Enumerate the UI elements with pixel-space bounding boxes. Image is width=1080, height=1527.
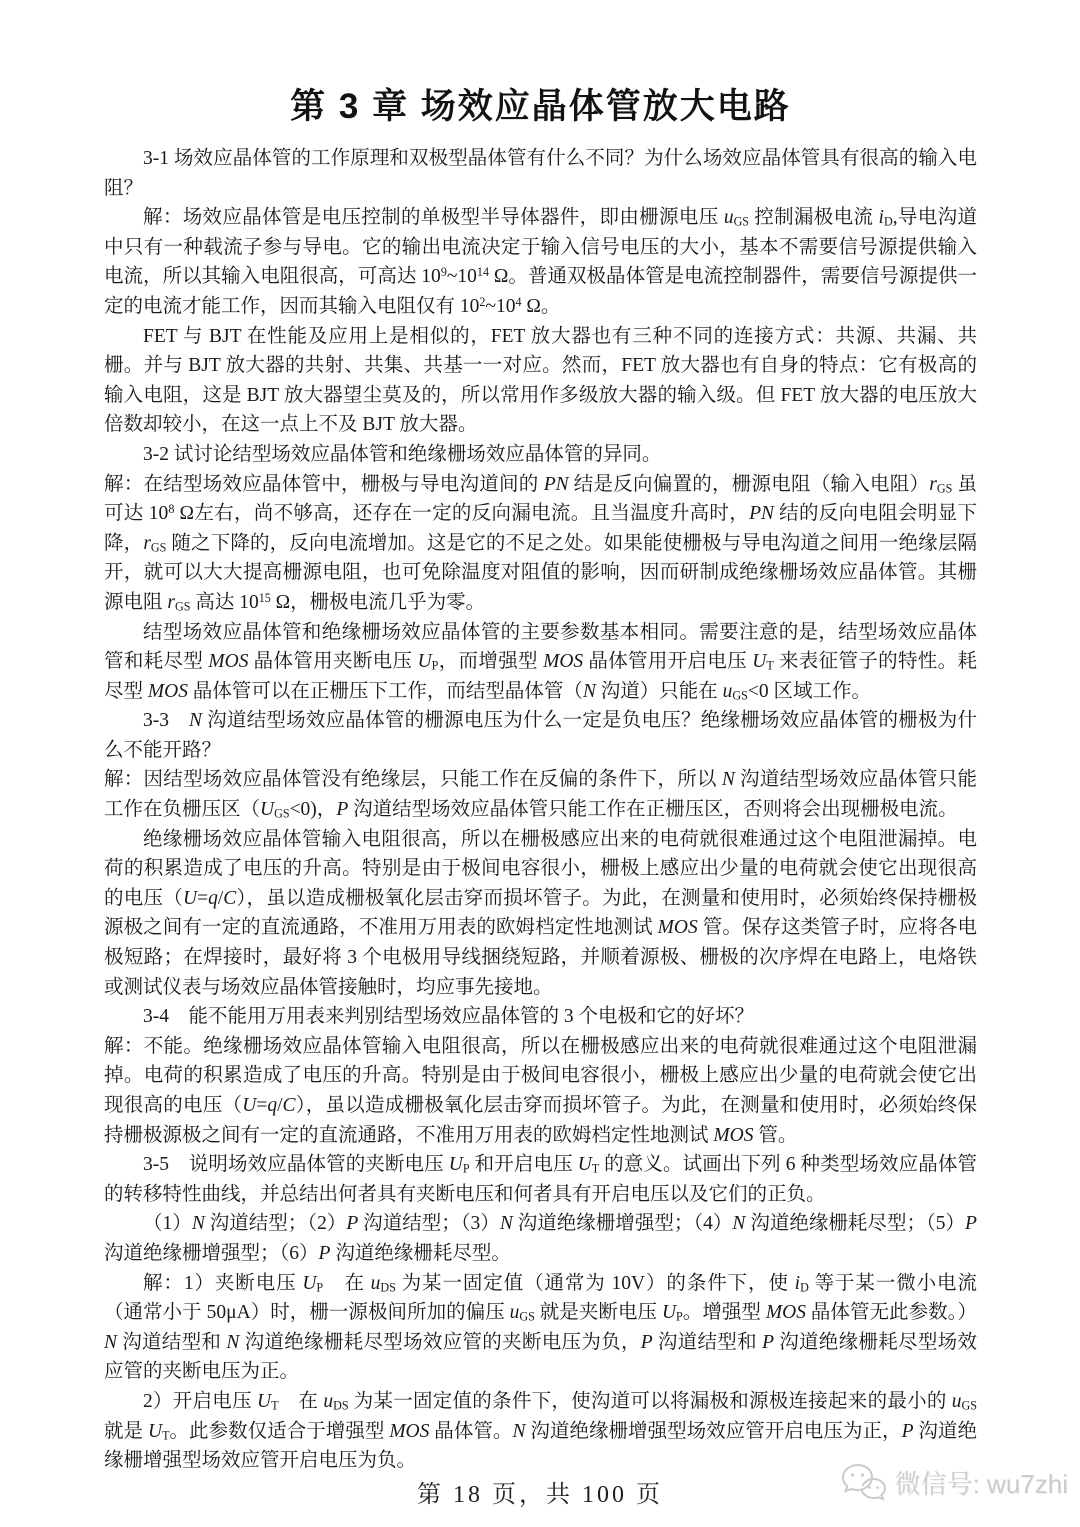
paragraph: 结型场效应晶体管和绝缘栅场效应晶体管的主要参数基本相同。需要注意的是，结型场效应… [104, 618, 977, 707]
chapter-title: 第 3 章 场效应晶体管放大电路 [104, 86, 977, 128]
paragraph: （1）N 沟道结型；（2）P 沟道结型；（3）N 沟道绝缘栅增强型；（4）N 沟… [104, 1209, 977, 1268]
paragraph: 解：因结型场效应晶体管没有绝缘层，只能工作在反偏的条件下，所以 N 沟道结型场效… [104, 765, 977, 824]
paragraph: 解：场效应晶体管是电压控制的单极型半导体器件，即由栅源电压 uGS 控制漏极电流… [104, 203, 977, 321]
document-page: 第 3 章 场效应晶体管放大电路 3-1 场效应晶体管的工作原理和双极型晶体管有… [104, 86, 977, 1476]
paragraph: 绝缘栅场效应晶体管输入电阻很高，所以在栅极感应出来的电荷就很难通过这个电阻泄漏掉… [104, 825, 977, 1003]
paragraph: 3-2 试讨论结型场效应晶体管和绝缘栅场效应晶体管的异同。 [104, 440, 977, 470]
paragraph: 3-1 场效应晶体管的工作原理和双极型晶体管有什么不同？为什么场效应晶体管具有很… [104, 144, 977, 203]
paragraph: FET 与 BJT 在性能及应用上是相似的，FET 放大器也有三种不同的连接方式… [104, 322, 977, 440]
document-body: 3-1 场效应晶体管的工作原理和双极型晶体管有什么不同？为什么场效应晶体管具有很… [104, 144, 977, 1476]
watermark: 微信号: wu7zhi [841, 1462, 1068, 1502]
paragraph: 解：不能。绝缘栅场效应晶体管输入电阻很高，所以在栅极感应出来的电荷就很难通过这个… [104, 1032, 977, 1150]
paragraph: 解：在结型场效应晶体管中，栅极与导电沟道间的 PN 结是反向偏置的，栅源电阻（输… [104, 470, 977, 618]
paragraph: 解：1）夹断电压 UP 在 uDS 为某一固定值（通常为 10V）的条件下，使 … [104, 1269, 977, 1387]
watermark-text: 微信号: wu7zhi [895, 1464, 1068, 1501]
wechat-icon [841, 1462, 887, 1502]
paragraph: 3-4 能不能用万用表来判别结型场效应晶体管的 3 个电极和它的好坏？ [104, 1002, 977, 1032]
paragraph: 3-5 说明场效应晶体管的夹断电压 UP 和开启电压 UT 的意义。试画出下列 … [104, 1150, 977, 1209]
paragraph: 3-3 N 沟道结型场效应晶体管的栅源电压为什么一定是负电压？绝缘栅场效应晶体管… [104, 706, 977, 765]
